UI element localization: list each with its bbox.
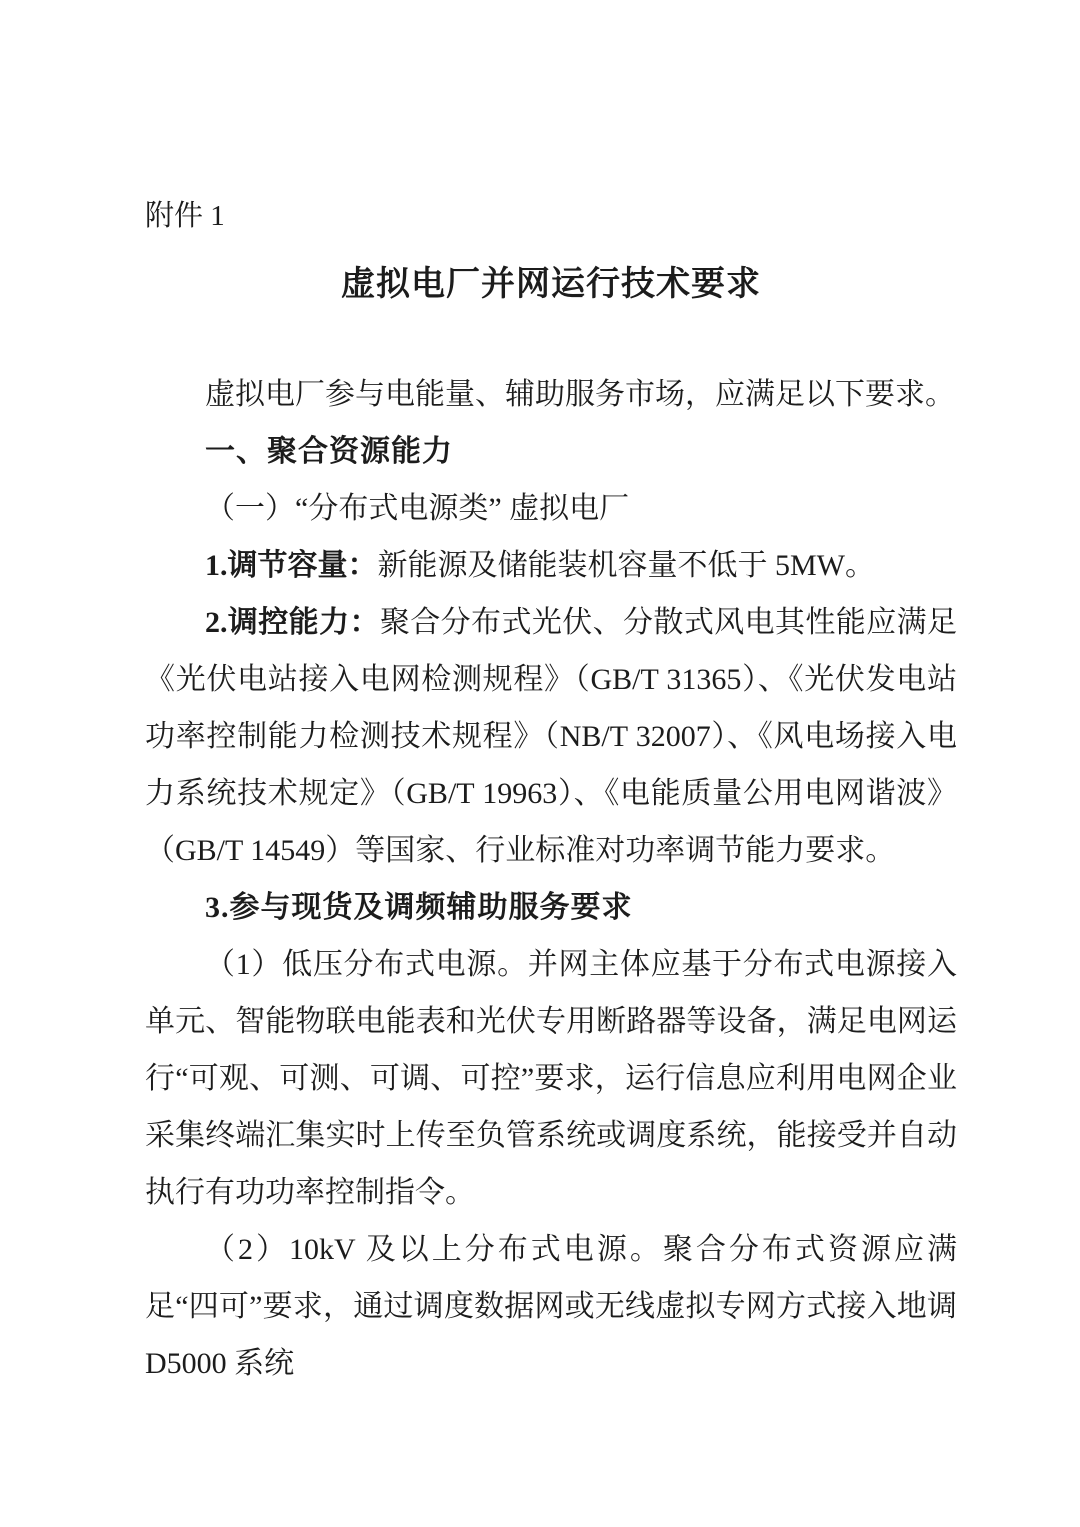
document-content: 附件 1 虚拟电厂并网运行技术要求 虚拟电厂参与电能量、辅助服务市场，应满足以下… [145,200,957,1392]
paragraph-low-voltage-distributed-generation: （1）低压分布式电源。并网主体应基于分布式电源接入单元、智能物联电能表和光伏专用… [145,936,957,1221]
section-heading-aggregation-capability: 一、聚合资源能力 [145,423,957,480]
item-control-capability-label: 2.调控能力： [205,606,380,639]
document-page: 附件 1 虚拟电厂并网运行技术要求 虚拟电厂参与电能量、辅助服务市场，应满足以下… [0,0,1080,1527]
document-title: 虚拟电厂并网运行技术要求 [145,260,957,310]
intro-paragraph: 虚拟电厂参与电能量、辅助服务市场，应满足以下要求。 [145,366,957,423]
item-control-capability: 2.调控能力：聚合分布式光伏、分散式风电其性能应满足《光伏电站接入电网检测规程》… [145,594,957,879]
item-regulation-capacity: 1.调节容量：新能源及储能装机容量不低于 5MW。 [145,537,957,594]
subsection-heading-distributed-generation-vpp: （一）“分布式电源类” 虚拟电厂 [145,480,957,537]
item-regulation-capacity-label: 1.调节容量： [205,549,378,582]
item-regulation-capacity-text: 新能源及储能装机容量不低于 5MW。 [378,549,876,582]
item-control-capability-text: 聚合分布式光伏、分散式风电其性能应满足《光伏电站接入电网检测规程》（GB/T 3… [145,606,957,867]
document-body: 虚拟电厂参与电能量、辅助服务市场，应满足以下要求。 一、聚合资源能力 （一）“分… [145,366,957,1392]
paragraph-10kv-and-above-distributed-generation: （2）10kV 及以上分布式电源。聚合分布式资源应满足“四可”要求，通过调度数据… [145,1221,957,1392]
attachment-label: 附件 1 [145,200,957,232]
item-heading-spot-and-frequency-regulation: 3.参与现货及调频辅助服务要求 [145,879,957,936]
